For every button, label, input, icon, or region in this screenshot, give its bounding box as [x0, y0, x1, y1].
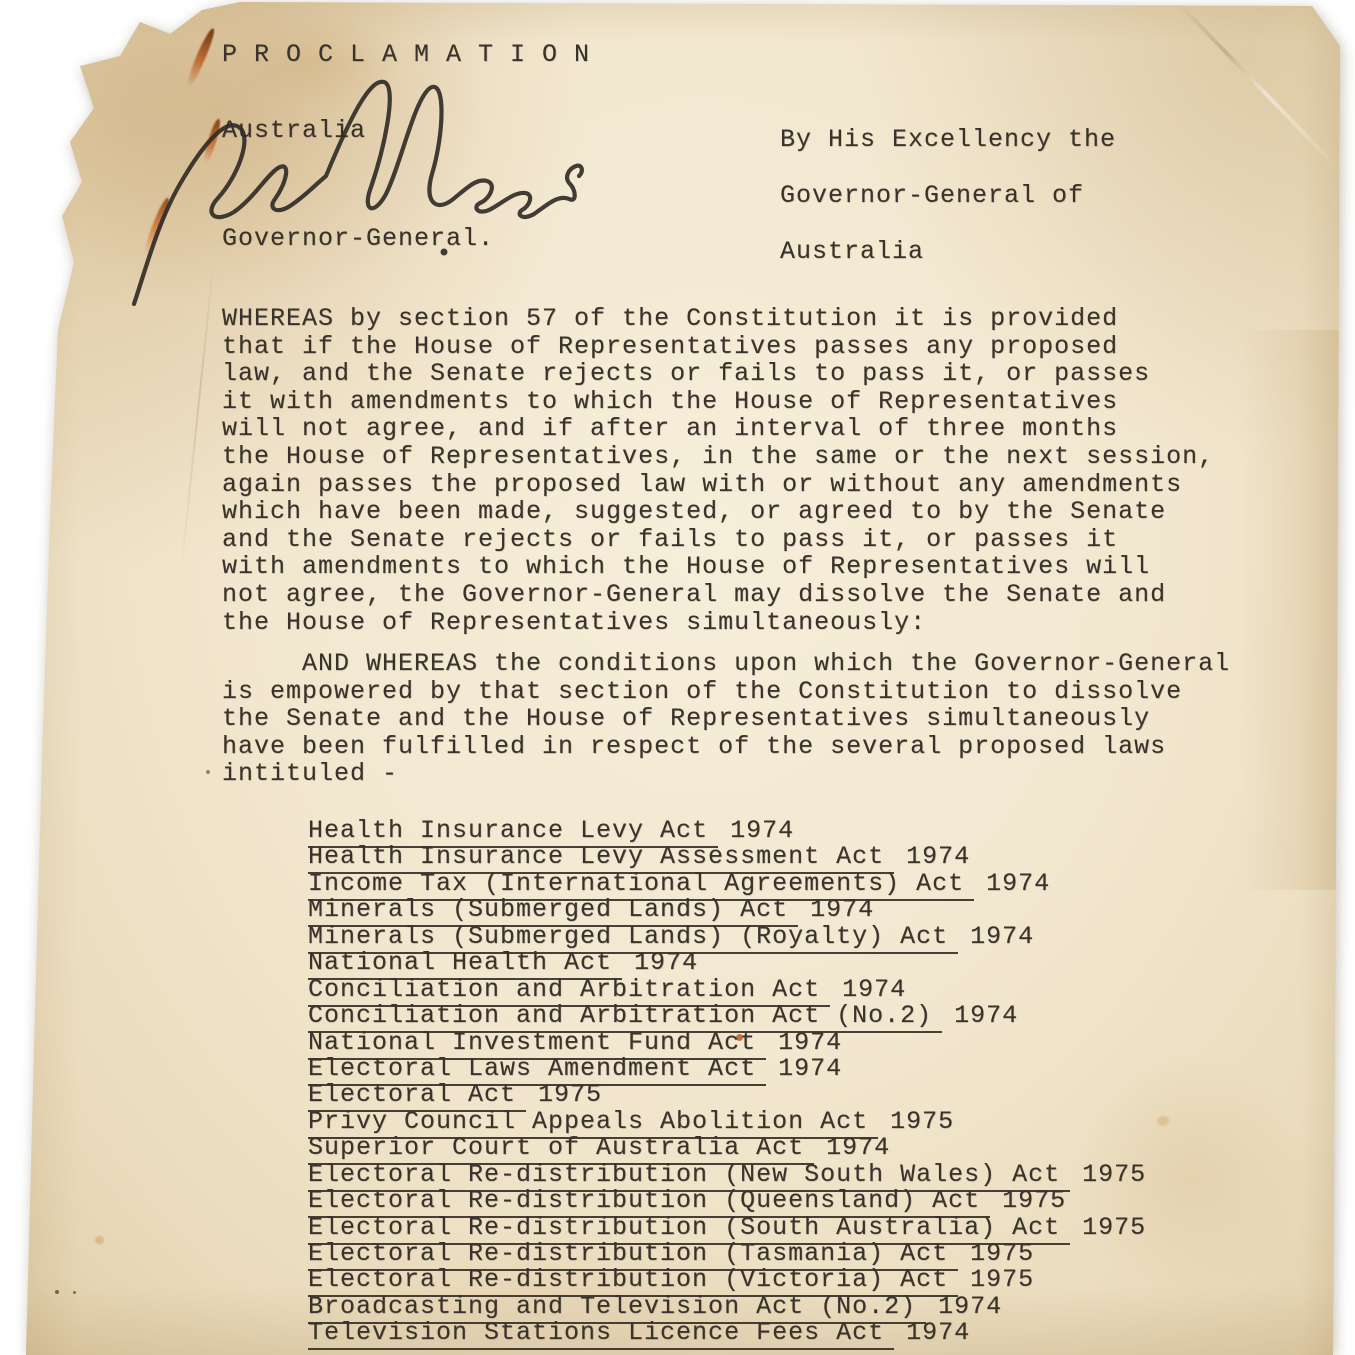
whereas-paragraph: WHEREAS by section 57 of the Constitutio… — [222, 305, 1214, 636]
act-year: 1974 — [906, 1318, 970, 1347]
authority-line: By His Excellency the — [780, 112, 1116, 168]
act-year: 1974 — [954, 1001, 1018, 1030]
act-year: 1974 — [826, 1133, 890, 1162]
act-item: Health Insurance Levy Act1974 — [308, 816, 1146, 842]
act-year: 1975 — [970, 1239, 1034, 1268]
act-item: Electoral Re-distribution (Victoria) Act… — [308, 1265, 1146, 1291]
act-item: Health Insurance Levy Assessment Act1974 — [308, 842, 1146, 868]
act-item: Income Tax (International Agreements) Ac… — [308, 869, 1146, 895]
act-item: Conciliation and Arbitration Act1974 — [308, 975, 1146, 1001]
act-item: Minerals (Submerged Lands) (Royalty) Act… — [308, 922, 1146, 948]
acts-list: Health Insurance Levy Act1974 Health Ins… — [308, 816, 1146, 1345]
act-item: Minerals (Submerged Lands) Act1974 — [308, 895, 1146, 921]
act-year: 1975 — [1082, 1160, 1146, 1189]
act-item: Privy Council Appeals Abolition Act1975 — [308, 1107, 1146, 1133]
act-item: Broadcasting and Television Act (No.2)19… — [308, 1292, 1146, 1318]
act-item: Electoral Re-distribution (South Austral… — [308, 1213, 1146, 1239]
act-item: National Investment Fund Act1974 — [308, 1028, 1146, 1054]
act-item: Electoral Re-distribution (Tasmania) Act… — [308, 1239, 1146, 1265]
act-year: 1975 — [890, 1107, 954, 1136]
act-year: 1974 — [938, 1292, 1002, 1321]
scanned-document: P R O C L A M A T I O N Australia Govern… — [0, 0, 1355, 1355]
authority-line: Governor-General of — [780, 168, 1116, 224]
act-item: Electoral Re-distribution (New South Wal… — [308, 1160, 1146, 1186]
act-year: 1974 — [906, 842, 970, 871]
act-year: 1974 — [778, 1028, 842, 1057]
act-year: 1974 — [778, 1054, 842, 1083]
act-item: Conciliation and Arbitration Act (No.2)1… — [308, 1001, 1146, 1027]
act-year: 1975 — [1082, 1213, 1146, 1242]
act-item: Electoral Laws Amendment Act1974 — [308, 1054, 1146, 1080]
document-content: P R O C L A M A T I O N Australia Govern… — [0, 0, 1355, 1355]
issuing-authority-block: By His Excellency the Governor-General o… — [780, 112, 1116, 280]
act-year: 1974 — [986, 869, 1050, 898]
governor-general-signature — [118, 72, 588, 307]
paper-shadow: P R O C L A M A T I O N Australia Govern… — [0, 0, 1355, 1355]
act-year: 1975 — [1002, 1186, 1066, 1215]
act-year: 1975 — [538, 1080, 602, 1109]
paper: P R O C L A M A T I O N Australia Govern… — [0, 0, 1355, 1355]
act-item: Superior Court of Australia Act1974 — [308, 1133, 1146, 1159]
act-year: 1975 — [970, 1265, 1034, 1294]
act-year: 1974 — [970, 922, 1034, 951]
act-item: Electoral Re-distribution (Queensland) A… — [308, 1186, 1146, 1212]
act-item: Television Stations Licence Fees Act1974 — [308, 1318, 1146, 1344]
act-year: 1974 — [842, 975, 906, 1004]
act-year: 1974 — [730, 816, 794, 845]
act-year: 1974 — [634, 948, 698, 977]
document-title: P R O C L A M A T I O N — [222, 40, 590, 69]
act-title: Television Stations Licence Fees Act — [308, 1318, 894, 1350]
authority-line: Australia — [780, 224, 1116, 280]
and-whereas-paragraph: AND WHEREAS the conditions upon which th… — [222, 650, 1230, 788]
act-year: 1974 — [810, 895, 874, 924]
